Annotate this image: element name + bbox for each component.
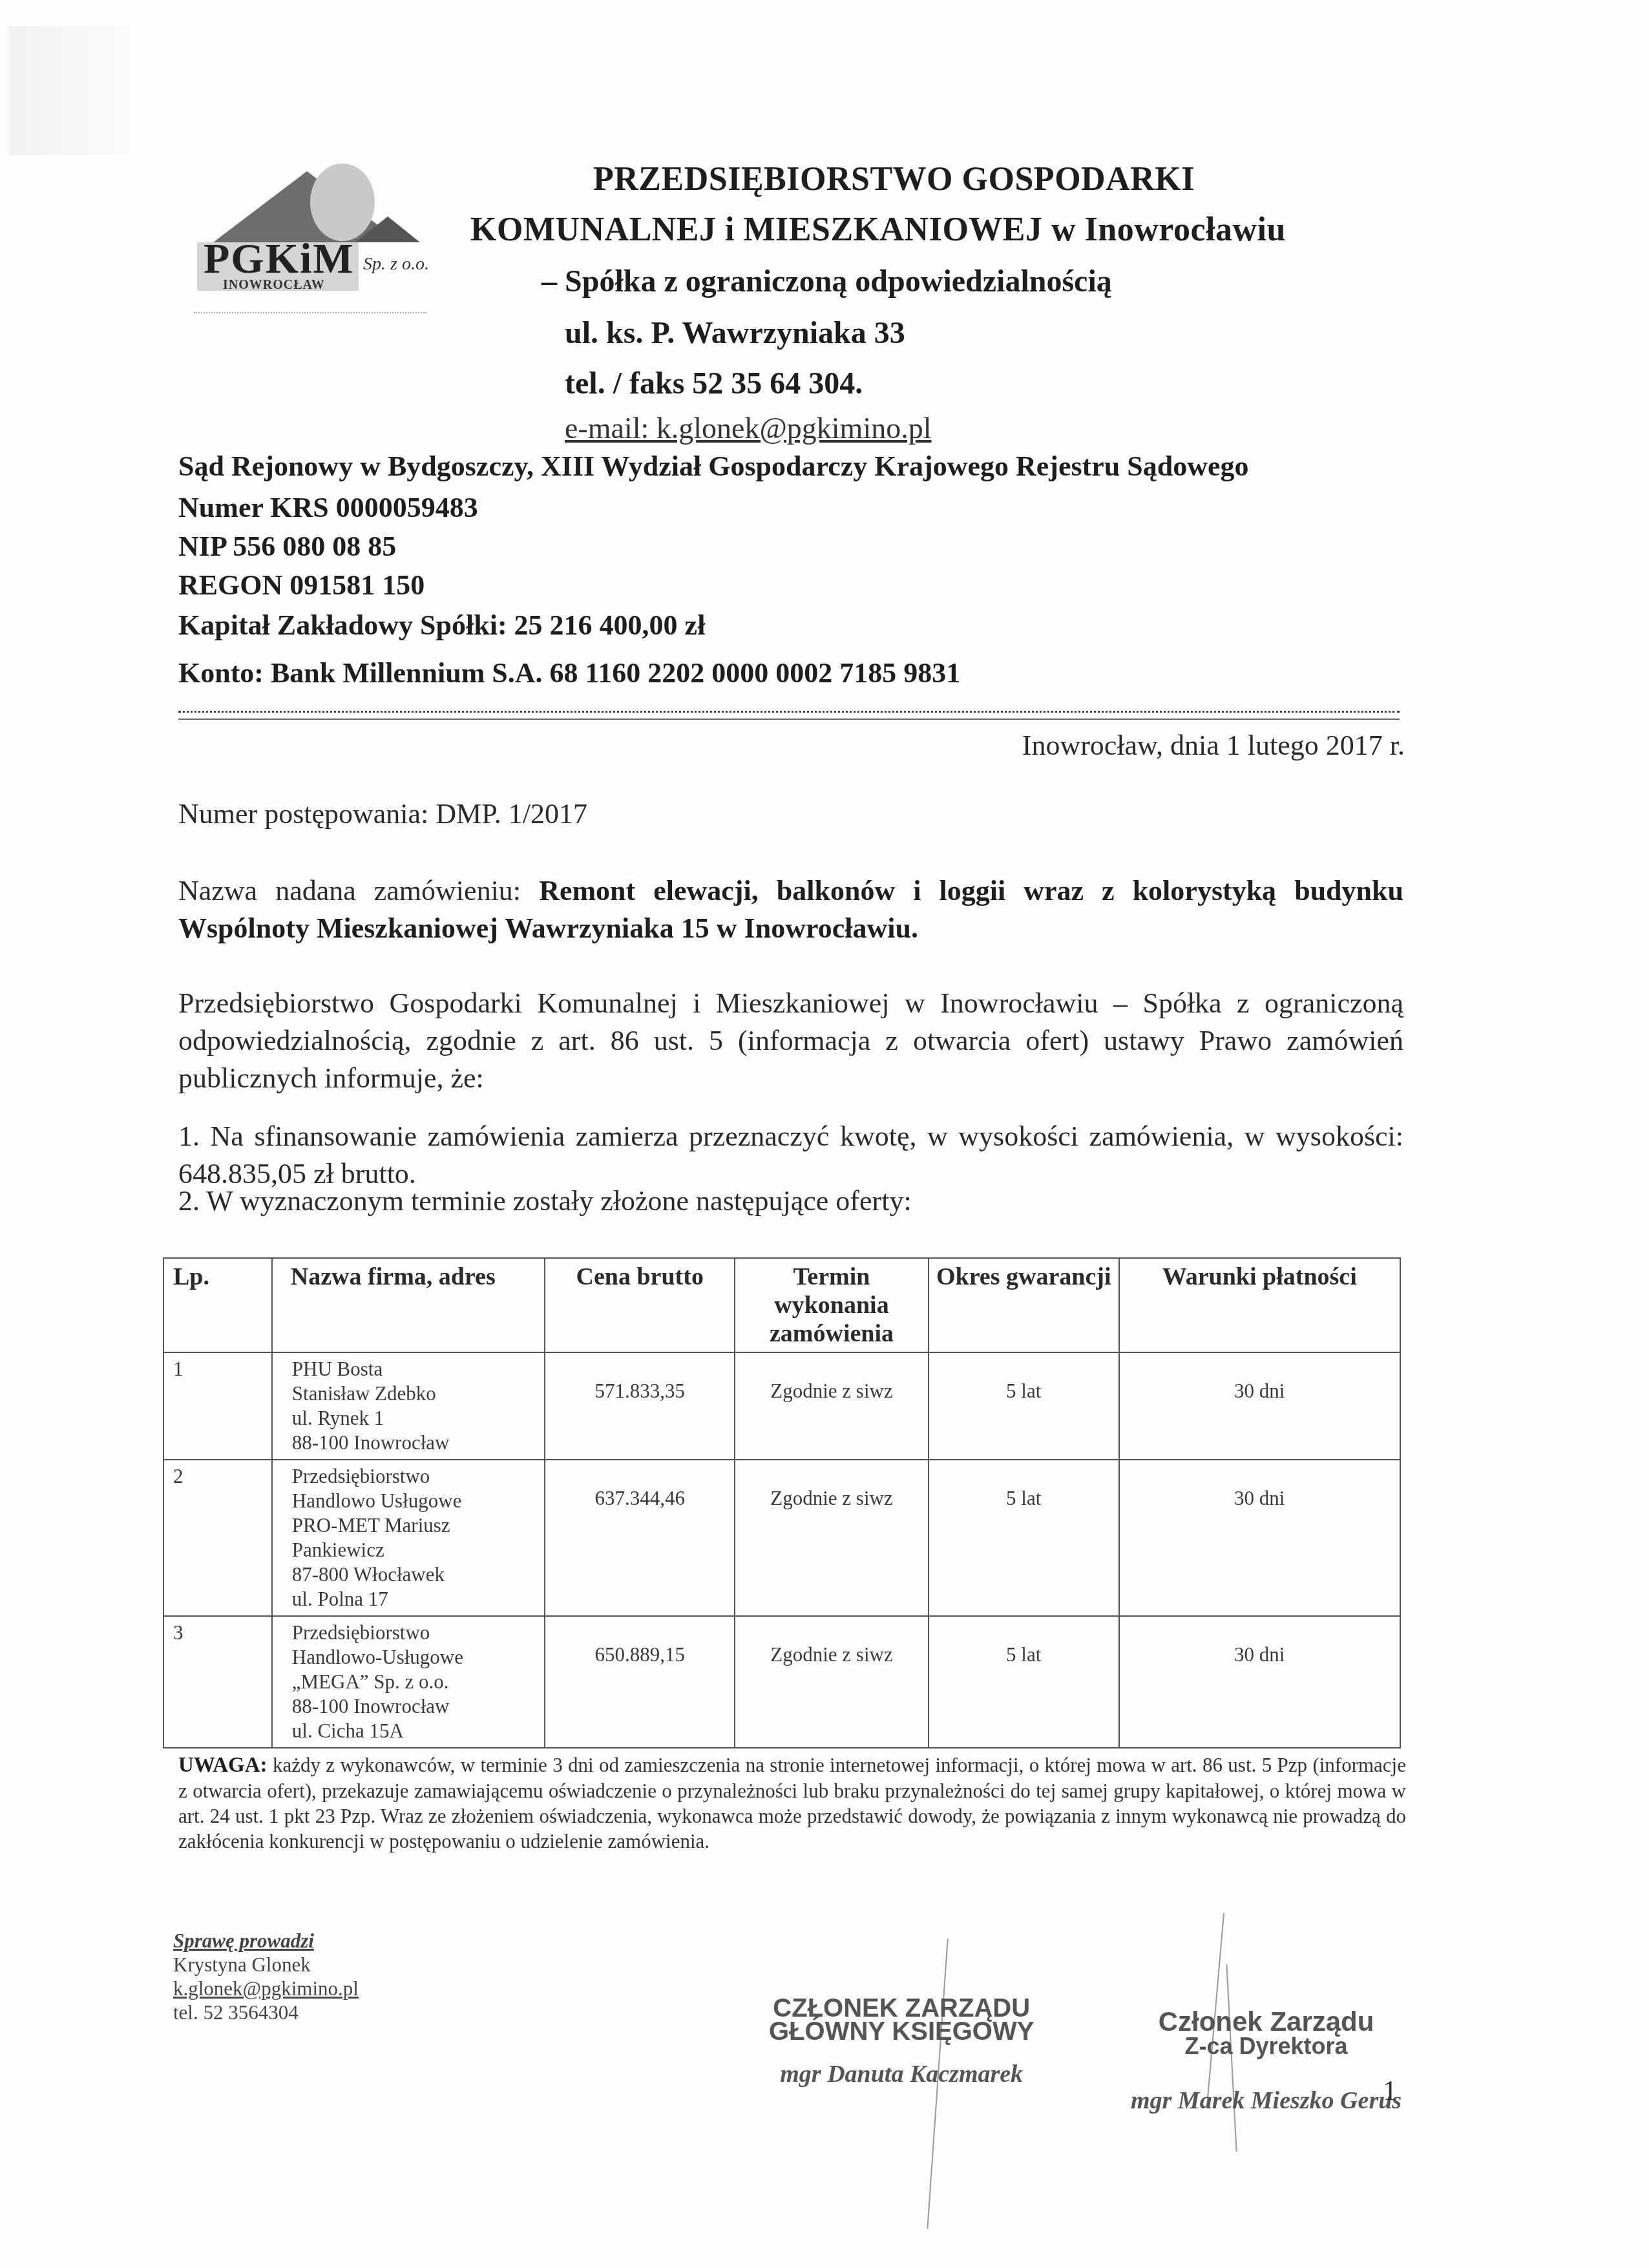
column-header-deadline: Termin wykonania zamówienia [735, 1258, 929, 1352]
contact-phone: tel. 52 3564304 [173, 2000, 359, 2024]
separator-dotted [178, 711, 1400, 713]
column-header-name: Nazwa firma, adres [272, 1258, 545, 1352]
name-line: 88-100 Inowrocław [292, 1694, 540, 1719]
cell-price: 650.889,15 [545, 1616, 735, 1748]
note-label: UWAGA: [178, 1754, 268, 1777]
name-line: Przedsiębiorstwo [292, 1621, 540, 1645]
date-line: Inowrocław, dnia 1 lutego 2017 r. [1022, 729, 1405, 762]
column-header-payment: Warunki płatności [1119, 1258, 1400, 1352]
column-header-price: Cena brutto [545, 1258, 735, 1352]
letterhead-address: ul. ks. P. Wawrzyniaka 33 [565, 315, 905, 351]
letterhead-email-link[interactable]: e-mail: k.glonek@pgkimino.pl [565, 411, 931, 445]
page-number: 1 [1383, 2074, 1397, 2107]
name-line: Przedsiębiorstwo [292, 1464, 540, 1489]
registry-court: Sąd Rejonowy w Bydgoszczy, XIII Wydział … [178, 450, 1249, 483]
cell-warranty: 5 lat [929, 1460, 1119, 1616]
contact-block: Sprawę prowadzi Krystyna Glonek k.glonek… [173, 1929, 359, 2024]
name-line: Handlowo Usługowe [292, 1489, 540, 1513]
scan-artifact [9, 26, 138, 155]
cell-lp: 2 [163, 1460, 272, 1616]
cell-warranty: 5 lat [929, 1616, 1119, 1748]
order-name: Nazwa nadana zamówieniu: Remont elewacji… [178, 872, 1403, 947]
stamp-name: mgr Marek Mieszko Gerus [1131, 2088, 1402, 2113]
point-2: 2. W wyznaczonym terminie zostały złożon… [178, 1182, 1403, 1220]
column-header-lp: Lp. [163, 1258, 272, 1352]
letterhead-line-1: PRZEDSIĘBIORSTWO GOSPODARKI [593, 160, 1195, 198]
logo-roof-small-shape [355, 216, 420, 242]
letterhead-line-2: KOMUNALNEJ i MIESZKANIOWEJ w Inowrocławi… [470, 211, 1286, 249]
cell-deadline: Zgodnie z siwz [735, 1616, 929, 1748]
name-line: ul. Rynek 1 [292, 1406, 540, 1431]
note-paragraph: UWAGA: każdy z wykonawców, w terminie 3 … [178, 1752, 1406, 1854]
registry-krs: Numer KRS 0000059483 [178, 491, 478, 524]
name-line: Handlowo-Usługowe [292, 1645, 540, 1670]
table-row: 1PHU BostaStanisław Zdebkoul. Rynek 188-… [163, 1352, 1400, 1460]
name-line: 88-100 Inowrocław [292, 1431, 540, 1455]
stamp-name: mgr Danuta Kaczmarek [769, 2063, 1034, 2086]
cell-warranty: 5 lat [929, 1352, 1119, 1460]
logo-brand: PGKiM [204, 235, 355, 284]
note-text: każdy z wykonawców, w terminie 3 dni od … [178, 1754, 1406, 1853]
registry-nip: NIP 556 080 08 85 [178, 530, 396, 563]
cell-payment: 30 dni [1119, 1460, 1400, 1616]
separator-line [178, 719, 1400, 720]
contact-email-link[interactable]: k.glonek@pgkimino.pl [173, 1977, 359, 2000]
cell-name: PrzedsiębiorstwoHandlowo UsługowePRO-MET… [272, 1460, 545, 1616]
name-line: ul. Cicha 15A [292, 1719, 540, 1743]
stamp-chief-accountant: CZŁONEK ZARZĄDU GŁÓWNY KSIĘGOWY mgr Danu… [769, 1997, 1034, 2086]
cell-payment: 30 dni [1119, 1616, 1400, 1748]
name-line: „MEGA” Sp. z o.o. [292, 1670, 540, 1694]
cell-deadline: Zgodnie z siwz [735, 1460, 929, 1616]
company-logo: PGKiM INOWROCŁAW Sp. z o.o. [194, 158, 439, 313]
stamp-line: CZŁONEK ZARZĄDU [769, 1997, 1034, 2020]
cell-name: PHU BostaStanisław Zdebkoul. Rynek 188-1… [272, 1352, 545, 1460]
table-header-row: Lp. Nazwa firma, adres Cena brutto Termi… [163, 1258, 1400, 1352]
table-row: 3PrzedsiębiorstwoHandlowo-Usługowe„MEGA”… [163, 1616, 1400, 1748]
contact-name: Krystyna Glonek [173, 1953, 359, 1977]
logo-city: INOWROCŁAW [223, 278, 325, 293]
name-line: 87-800 Włocławek [292, 1562, 540, 1587]
case-number: Numer postępowania: DMP. 1/2017 [178, 797, 587, 830]
cell-payment: 30 dni [1119, 1352, 1400, 1460]
table-row: 2PrzedsiębiorstwoHandlowo UsługowePRO-ME… [163, 1460, 1400, 1616]
offers-table: Lp. Nazwa firma, adres Cena brutto Termi… [163, 1257, 1401, 1748]
registry-capital: Kapitał Zakładowy Spółki: 25 216 400,00 … [178, 609, 705, 642]
name-line: ul. Polna 17 [292, 1587, 540, 1612]
logo-legal-form: Sp. z o.o. [363, 254, 429, 275]
stamp-line: Członek Zarządu [1131, 2010, 1402, 2034]
name-line: PRO-MET Mariusz [292, 1513, 540, 1538]
name-line: PHU Bosta [292, 1357, 540, 1381]
stamp-deputy-director: Członek Zarządu Z-ca Dyrektora mgr Marek… [1131, 2010, 1402, 2113]
name-line: Stanisław Zdebko [292, 1381, 540, 1406]
intro-paragraph: Przedsiębiorstwo Gospodarki Komunalnej i… [178, 985, 1403, 1097]
registry-bank-account: Konto: Bank Millennium S.A. 68 1160 2202… [178, 656, 960, 689]
cell-lp: 1 [163, 1352, 272, 1460]
point-1: 1. Na sfinansowanie zamówienia zamierza … [178, 1118, 1403, 1193]
name-line: Pankiewicz [292, 1538, 540, 1562]
stamp-line: GŁÓWNY KSIĘGOWY [769, 2020, 1034, 2043]
cell-price: 571.833,35 [545, 1352, 735, 1460]
letterhead-phone: tel. / faks 52 35 64 304. [565, 366, 863, 401]
order-name-label: Nazwa nadana zamówieniu: [178, 875, 539, 907]
cell-name: PrzedsiębiorstwoHandlowo-Usługowe„MEGA” … [272, 1616, 545, 1748]
cell-price: 637.344,46 [545, 1460, 735, 1616]
contact-title: Sprawę prowadzi [173, 1929, 359, 1953]
column-header-warranty: Okres gwarancji [929, 1258, 1119, 1352]
stamp-line: Z-ca Dyrektora [1131, 2034, 1402, 2059]
logo-underline [194, 312, 426, 313]
cell-lp: 3 [163, 1616, 272, 1748]
registry-regon: REGON 091581 150 [178, 569, 425, 602]
cell-deadline: Zgodnie z siwz [735, 1352, 929, 1460]
letterhead-line-3: – Spółka z ograniczoną odpowiedzialności… [541, 264, 1112, 299]
